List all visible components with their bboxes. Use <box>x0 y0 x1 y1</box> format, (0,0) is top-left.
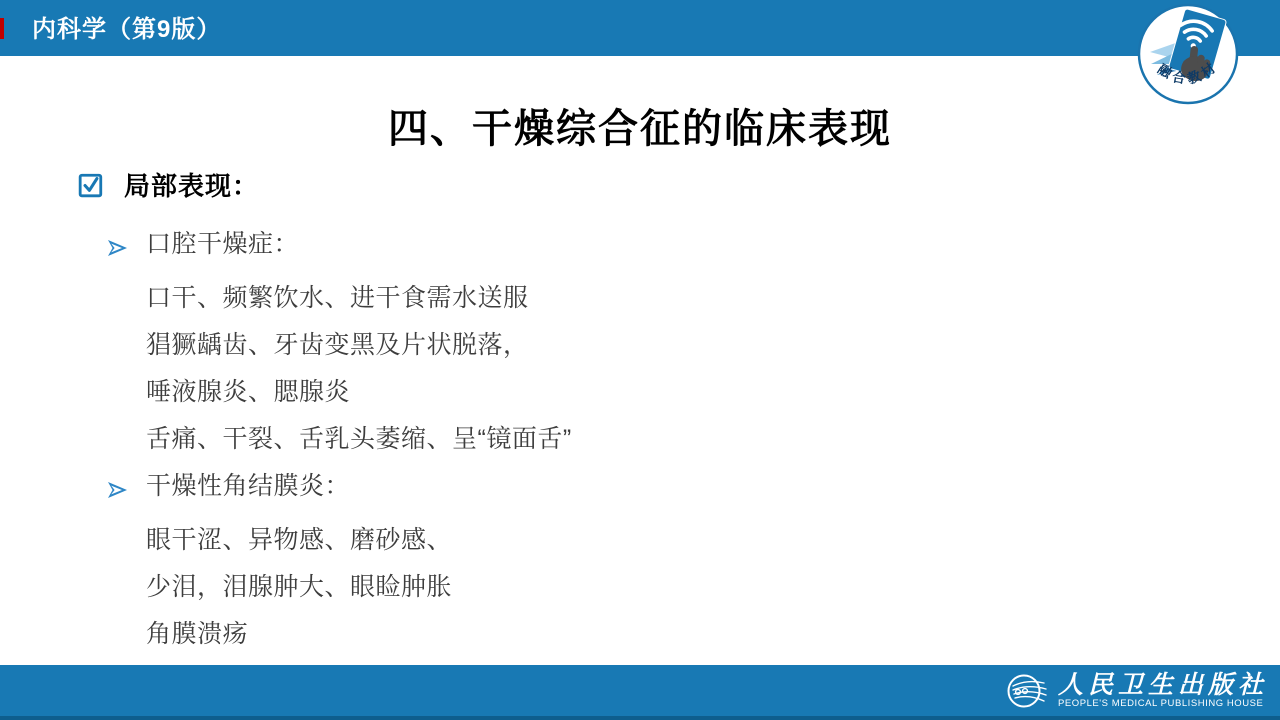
publisher-name-en: PEOPLE'S MEDICAL PUBLISHING HOUSE <box>1058 698 1268 709</box>
publisher-logo-icon <box>1005 669 1049 713</box>
publisher-name-cn: 人民卫生出版社 <box>1058 672 1268 698</box>
publisher-names: 人民卫生出版社 PEOPLE'S MEDICAL PUBLISHING HOUS… <box>1058 672 1268 709</box>
list-item: 角膜溃疡 <box>146 608 846 655</box>
checkbox-checked-icon <box>78 172 104 198</box>
bullet-heading: 口腔干燥症： <box>146 218 846 265</box>
list-item: 舌痛、干裂、舌乳头萎缩、呈“镜面舌” <box>146 413 846 460</box>
arrow-bullet-icon <box>108 476 128 492</box>
list-item-text: 角膜溃疡 <box>146 614 248 650</box>
list-item: 唾液腺炎、腮腺炎 <box>146 366 846 413</box>
list-item-text: 少泪，泪腺肿大、眼睑肿胀 <box>146 567 452 603</box>
arrow-bullet-icon <box>108 234 128 250</box>
slide-title: 四、干燥综合征的临床表现 <box>0 97 1280 154</box>
fusion-textbook-badge: 融合教材 <box>1136 2 1240 106</box>
footer-bar: 人民卫生出版社 PEOPLE'S MEDICAL PUBLISHING HOUS… <box>0 665 1280 720</box>
list-item: 猖獗龋齿、牙齿变黑及片状脱落， <box>146 319 846 366</box>
heading-text: 干燥性角结膜炎： <box>146 466 350 502</box>
book-title: 内科学（第9版） <box>32 0 221 52</box>
presentation-slide: 内科学（第9版） <box>0 0 1280 720</box>
header-bar: 内科学（第9版） <box>0 0 1280 56</box>
list-item-text: 舌痛、干裂、舌乳头萎缩、呈“镜面舌” <box>146 419 572 455</box>
list-item-text: 眼干涩、异物感、磨砂感、 <box>146 520 452 556</box>
list-item-text: 口干、频繁饮水、进干食需水送服 <box>146 278 529 314</box>
heading-text: 口腔干燥症： <box>146 224 299 260</box>
red-accent-bar <box>0 18 4 39</box>
fusion-badge-graphic: 融合教材 <box>1136 2 1240 106</box>
slide-body: 口腔干燥症： 口干、频繁饮水、进干食需水送服 猖獗龋齿、牙齿变黑及片状脱落， 唾… <box>146 218 846 655</box>
section-row: 局部表现： <box>78 166 259 203</box>
list-item-text: 猖獗龋齿、牙齿变黑及片状脱落， <box>146 325 529 361</box>
list-item: 少泪，泪腺肿大、眼睑肿胀 <box>146 561 846 608</box>
publisher-lockup: 人民卫生出版社 PEOPLE'S MEDICAL PUBLISHING HOUS… <box>1005 669 1268 713</box>
list-item: 口干、频繁饮水、进干食需水送服 <box>146 272 846 319</box>
list-item-text: 唾液腺炎、腮腺炎 <box>146 372 350 408</box>
section-label: 局部表现： <box>124 166 259 203</box>
list-item: 眼干涩、异物感、磨砂感、 <box>146 514 846 561</box>
bullet-heading: 干燥性角结膜炎： <box>146 460 846 507</box>
